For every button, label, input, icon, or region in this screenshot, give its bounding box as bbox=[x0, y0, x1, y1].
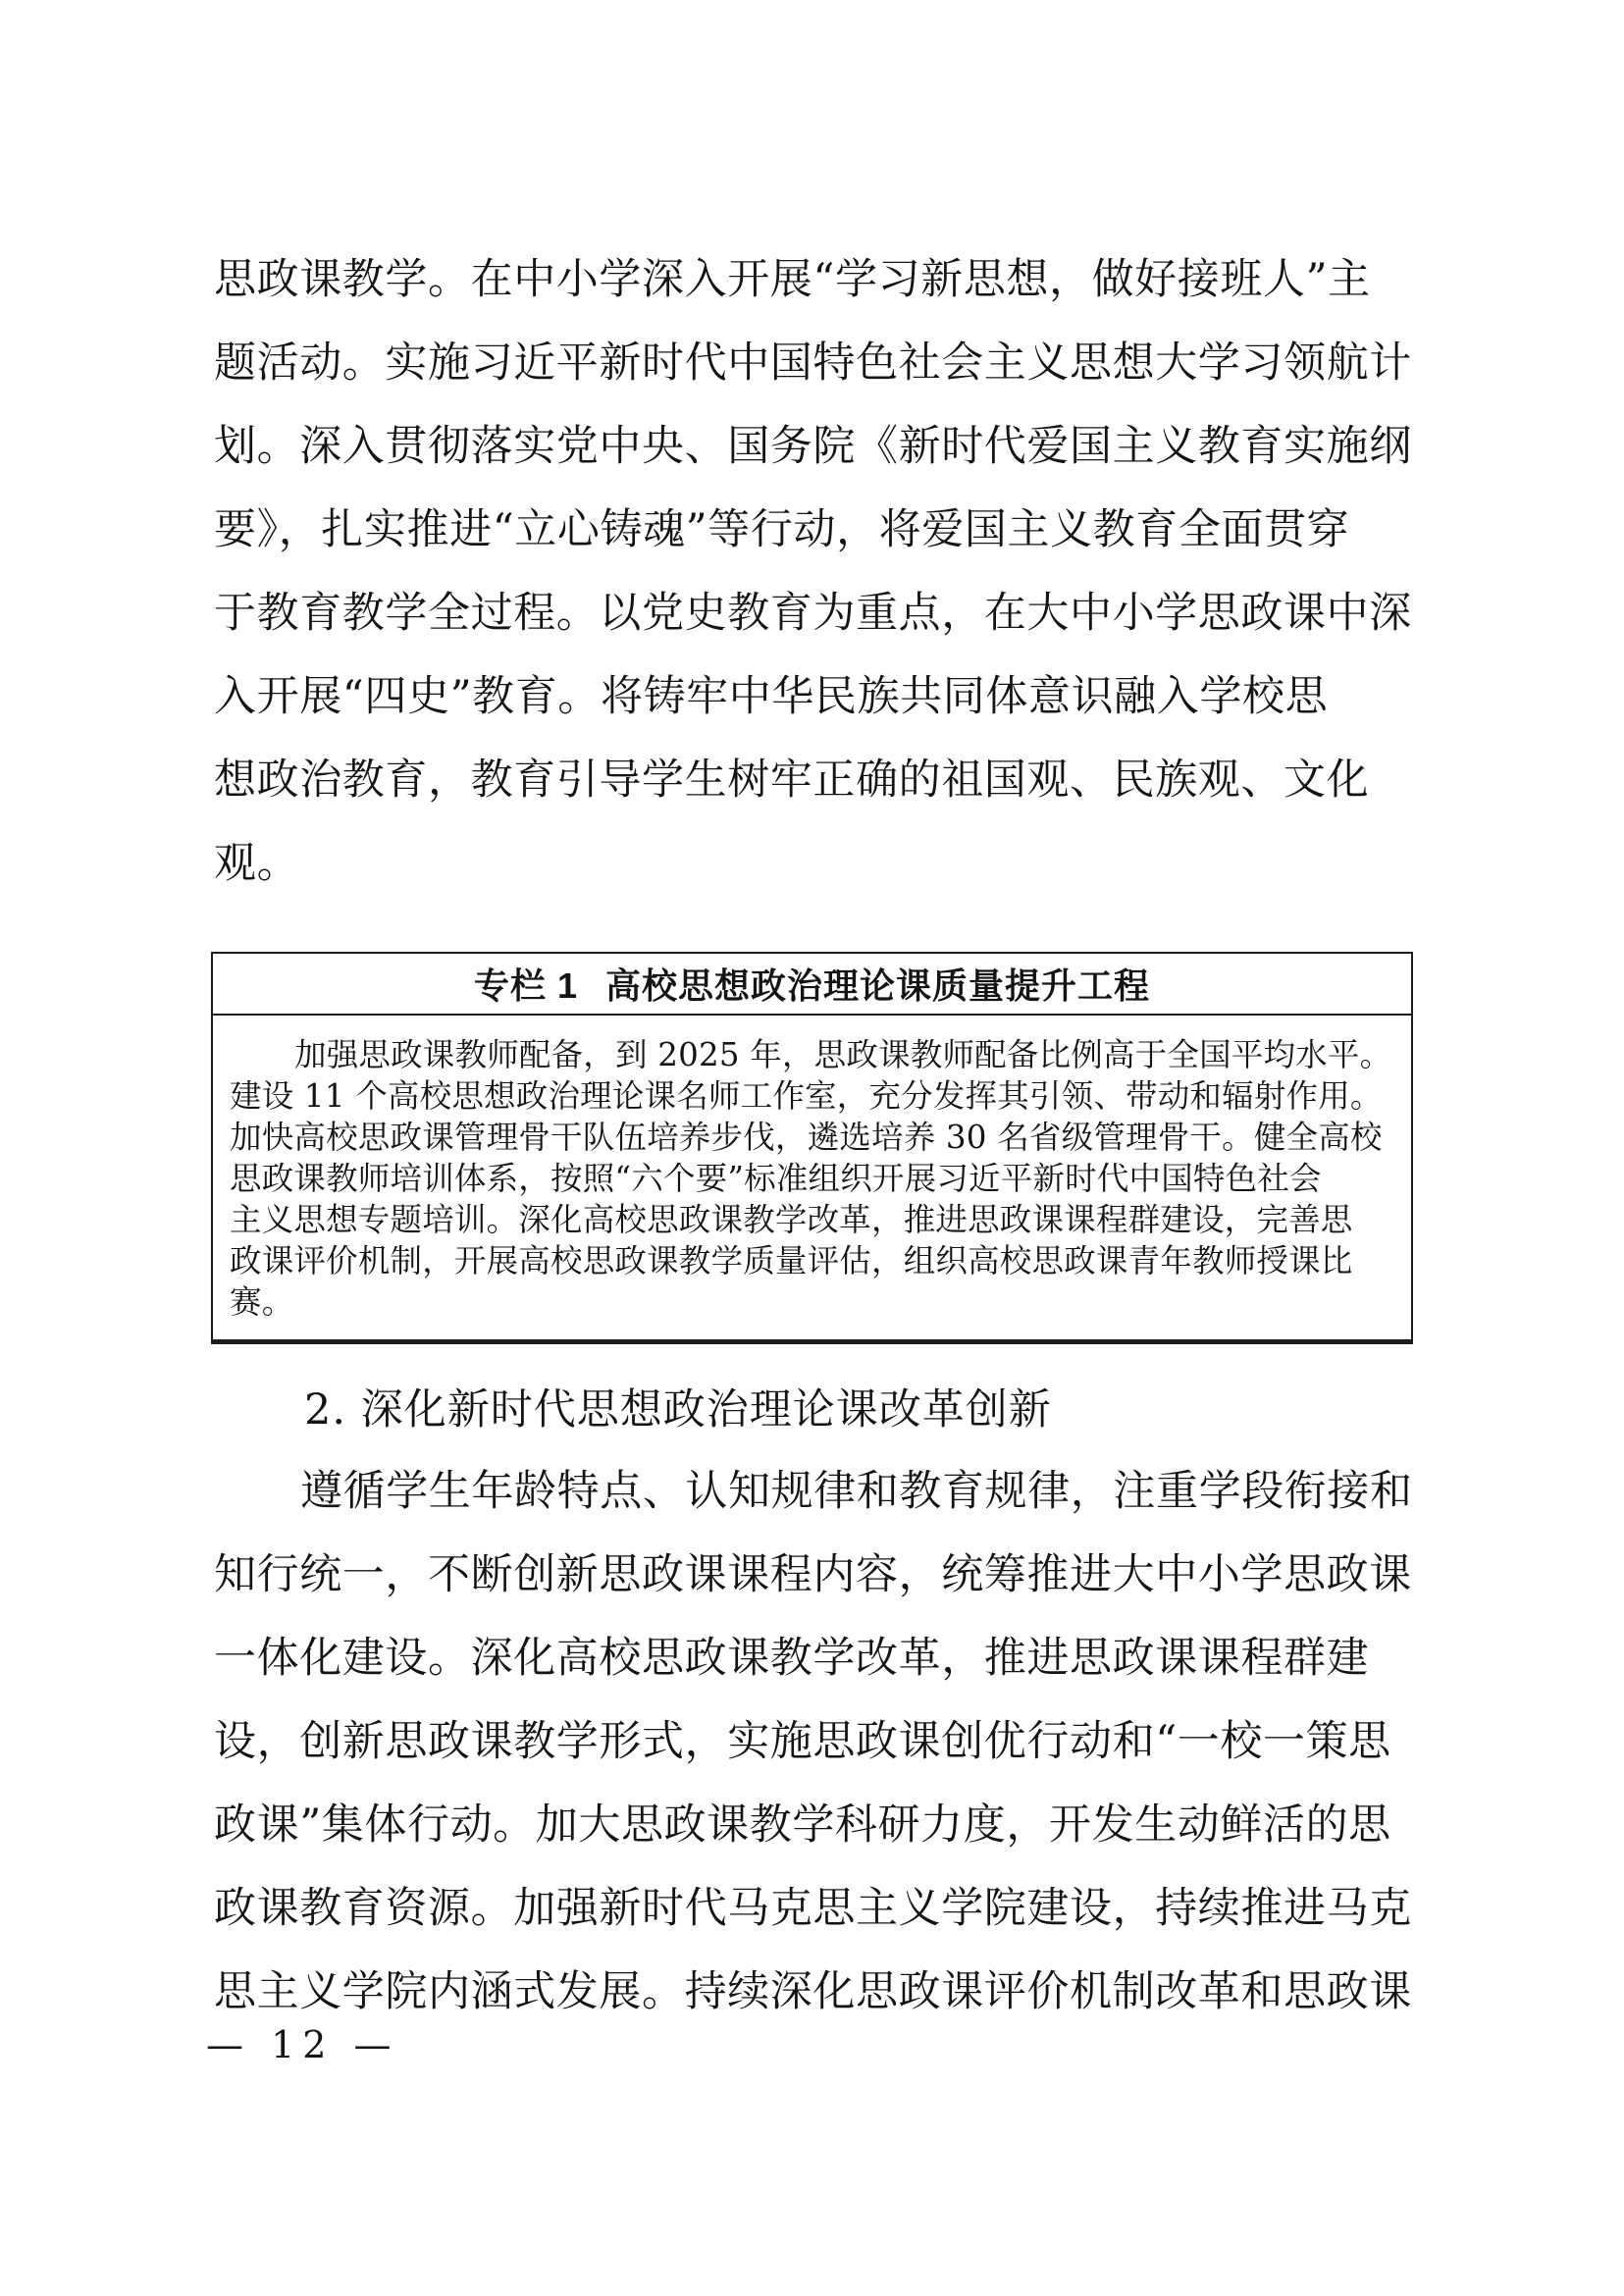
callout-body: 加强思政课教师配备，到 2025 年，思政课教师配备比例高于全国平均水平。 建设… bbox=[213, 1016, 1411, 1323]
paragraph-line: 思政课教学。在中小学深入开展“学习新思想，做好接班人”主 bbox=[214, 238, 1421, 322]
paragraph-line: 观。 bbox=[214, 822, 1421, 906]
paragraph-line: 知行统一，不断创新思政课课程内容，统筹推进大中小学思政课 bbox=[214, 1534, 1421, 1617]
callout-line: 赛。 bbox=[230, 1281, 1397, 1323]
document-page: 思政课教学。在中小学深入开展“学习新思想，做好接班人”主 题活动。实施习近平新时… bbox=[0, 0, 1624, 2296]
callout-line: 主义思想专题培训。深化高校思政课教学改革，推进思政课课程群建设，完善思 bbox=[230, 1199, 1397, 1240]
paragraph-line: 想政治教育，教育引导学生树牢正确的祖国观、民族观、文化 bbox=[214, 739, 1421, 822]
callout-title: 高校思想政治理论课质量提升工程 bbox=[605, 959, 1150, 1009]
paragraph-line: 要》，扎实推进“立心铸魂”等行动，将爱国主义教育全面贯穿 bbox=[214, 489, 1421, 572]
paragraph-line: 题活动。实施习近平新时代中国特色社会主义思想大学习领航计 bbox=[214, 322, 1421, 405]
callout-line: 加强思政课教师配备，到 2025 年，思政课教师配备比例高于全国平均水平。 bbox=[230, 1034, 1397, 1075]
paragraph-line: 入开展“四史”教育。将铸牢中华民族共同体意识融入学校思 bbox=[214, 655, 1421, 739]
paragraph-line: 划。深入贯彻落实党中央、国务院《新时代爱国主义教育实施纲 bbox=[214, 405, 1421, 489]
callout-label: 专栏 1 bbox=[474, 959, 578, 1009]
section-heading: 2. 深化新时代思想政治理论课改革创新 bbox=[214, 1369, 1421, 1452]
paragraph-line: 于教育教学全过程。以党史教育为重点，在大中小学思政课中深 bbox=[214, 572, 1421, 655]
page-number: — 12 — bbox=[206, 2021, 399, 2068]
paragraph-line: 政课”集体行动。加大思政课教学科研力度，开发生动鲜活的思 bbox=[214, 1784, 1421, 1867]
body-paragraph-1: 思政课教学。在中小学深入开展“学习新思想，做好接班人”主 题活动。实施习近平新时… bbox=[214, 238, 1421, 906]
paragraph-line: 设，创新思政课教学形式，实施思政课创优行动和“一校一策思 bbox=[214, 1700, 1421, 1784]
body-paragraph-2: 遵循学生年龄特点、认知规律和教育规律，注重学段衔接和 知行统一，不断创新思政课课… bbox=[214, 1450, 1421, 2034]
callout-title-row: 专栏 1 高校思想政治理论课质量提升工程 bbox=[213, 954, 1411, 1016]
callout-box: 专栏 1 高校思想政治理论课质量提升工程 加强思政课教师配备，到 2025 年，… bbox=[211, 952, 1413, 1344]
callout-line: 政课评价机制，开展高校思政课教学质量评估，组织高校思政课青年教师授课比 bbox=[230, 1240, 1397, 1281]
paragraph-line: 政课教育资源。加强新时代马克思主义学院建设，持续推进马克 bbox=[214, 1867, 1421, 1951]
callout-line: 建设 11 个高校思想政治理论课名师工作室，充分发挥其引领、带动和辐射作用。 bbox=[230, 1075, 1397, 1117]
callout-line: 思政课教师培训体系，按照“六个要”标准组织开展习近平新时代中国特色社会 bbox=[230, 1158, 1397, 1199]
paragraph-line: 一体化建设。深化高校思政课教学改革，推进思政课课程群建 bbox=[214, 1617, 1421, 1700]
paragraph-line: 遵循学生年龄特点、认知规律和教育规律，注重学段衔接和 bbox=[214, 1450, 1421, 1534]
callout-line: 加快高校思政课管理骨干队伍培养步伐，遴选培养 30 名省级管理骨干。健全高校 bbox=[230, 1117, 1397, 1158]
